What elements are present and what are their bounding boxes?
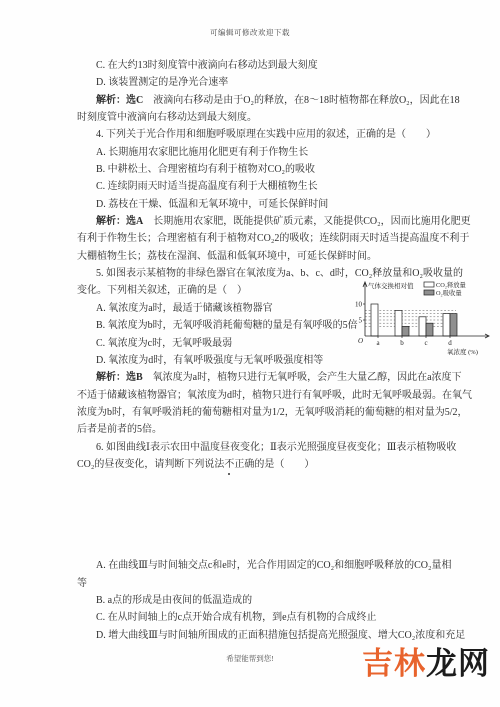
svg-text:O₂吸收量: O₂吸收量 bbox=[436, 288, 462, 297]
q4-analysis-line-2: 有利于作物生长；合理密植有利于植物对CO₂2的吸收；连续阴雨天时适当提高温度不利… bbox=[77, 230, 429, 247]
q4-option-a: A. 长期施用农家肥比施用化肥更有利于作物生长 bbox=[77, 144, 429, 161]
gas-exchange-chart-svg: abcd510O气体交换相对值氧浓度 (%)CO₂释放量O₂吸收量 bbox=[350, 279, 498, 361]
gas-exchange-chart: abcd510O气体交换相对值氧浓度 (%)CO₂释放量O₂吸收量 bbox=[350, 279, 498, 361]
q6-stem-line-1: 6. 如图曲线Ⅰ表示农田中温度昼夜变化；Ⅱ表示光照强度昼夜变化；Ⅲ表示植物吸收 bbox=[77, 439, 429, 456]
q6-option-d: D. 增大曲线Ⅲ与时间轴所围成的正面积措施包括提高光照强度、增大CO₂浓度和充足 bbox=[77, 627, 429, 644]
q3-analysis-line-2: 时刻度管中液滴向右移动达到最大刻度。 bbox=[77, 109, 429, 126]
q4-analysis-text: 长期施用农家肥，既能提供矿质元素，又能提供CO₂，因而比施用化肥更 bbox=[143, 216, 470, 227]
q5-analysis-label: 解析：选B bbox=[96, 372, 143, 383]
q5-analysis-line-3: 浓度为b时，有氧呼吸消耗的葡萄糖相对量为1/2，无氧呼吸消耗的葡萄糖的相对量为5… bbox=[77, 404, 429, 421]
svg-text:5: 5 bbox=[359, 317, 363, 325]
q6-stem-emphasis: 不 bbox=[224, 456, 234, 473]
q3-analysis-label: 解析：选C bbox=[96, 95, 143, 106]
q5-analysis-line-1: 解析：选B 氧浓度为a时，植物只进行无氧呼吸，会产生大量乙醇，因此在a浓度下 bbox=[77, 369, 429, 386]
q4-option-c: C. 连续阴雨天时适当提高温度有利于大棚植物生长 bbox=[77, 178, 429, 195]
q3-option-d: D. 该装置测定的是净光合速率 bbox=[77, 74, 429, 91]
q6-stem-pre: CO₂的昼夜变化，请判断下列说法 bbox=[77, 459, 224, 470]
q6-option-a-line-1: A. 在曲线Ⅲ与时间轴交点c和e时，光合作用固定的CO₂和细胞呼吸释放的CO₂量… bbox=[77, 557, 429, 574]
site-logo: 吉林龙网 bbox=[362, 646, 490, 682]
svg-text:b: b bbox=[400, 339, 404, 347]
svg-text:10: 10 bbox=[355, 301, 363, 309]
q4-analysis-line-1: 解析：选A 长期施用农家肥，既能提供矿质元素，又能提供CO₂，因而比施用化肥更 bbox=[77, 213, 429, 230]
svg-text:气体交换相对值: 气体交换相对值 bbox=[368, 281, 414, 290]
q6-stem-line-2: CO₂的昼夜变化，请判断下列说法不正确的是（ ） bbox=[77, 456, 429, 473]
q5-analysis-line-4: 后者是前者的5倍。 bbox=[77, 421, 429, 438]
q4-option-b: B. 中耕松土、合理密植均有利于植物对CO₂的吸收 bbox=[77, 161, 429, 178]
top-watermark: 可编辑可修改欢迎下载 bbox=[0, 27, 500, 38]
missing-figure-placeholder bbox=[77, 473, 429, 557]
q6-option-c: C. 在从时间轴上的c点开始合成有机物，到e点有机物的合成终止 bbox=[77, 609, 429, 626]
q4-analysis-line-3: 大棚植物生长；荔枝在湿润、低温和低氧环境中，可延长保鲜时间。 bbox=[77, 248, 429, 265]
q5-analysis-line-2: 不适于储藏该植物器官；氧浓度为d时，植物只进行有氧呼吸，此时无氧呼吸最弱。在氧气 bbox=[77, 387, 429, 404]
site-logo-suffix: 龙网 bbox=[426, 646, 490, 681]
document-page: 可编辑可修改欢迎下载 C. 在大约13时刻度管中液滴向右移动达到最大刻度 D. … bbox=[0, 0, 500, 707]
q3-analysis-line-1: 解析：选C 液滴向右移动是由于O₂的释放，在8～18时植物都在释放O₂，因此在1… bbox=[77, 92, 429, 109]
svg-text:d: d bbox=[448, 339, 452, 347]
q3-option-c: C. 在大约13时刻度管中液滴向右移动达到最大刻度 bbox=[77, 57, 429, 74]
q4-stem: 4. 下列关于光合作用和细胞呼吸原理在实践中应用的叙述，正确的是（ ） bbox=[77, 126, 429, 143]
svg-text:c: c bbox=[424, 339, 427, 347]
q6-option-b: B. a点的形成是由夜间的低温造成的 bbox=[77, 592, 429, 609]
svg-text:CO₂释放量: CO₂释放量 bbox=[436, 280, 466, 289]
q4-analysis-label: 解析：选A bbox=[96, 216, 143, 227]
q6-option-a-line-2: 等 bbox=[77, 575, 429, 592]
svg-text:a: a bbox=[376, 339, 380, 347]
svg-text:O: O bbox=[358, 337, 363, 345]
q3-analysis-text: 液滴向右移动是由于O₂的释放，在8～18时植物都在释放O₂，因此在18 bbox=[143, 95, 459, 106]
svg-text:氧浓度 (%): 氧浓度 (%) bbox=[447, 347, 478, 356]
q5-analysis-text: 氧浓度为a时，植物只进行无氧呼吸，会产生大量乙醇，因此在a浓度下 bbox=[143, 372, 462, 383]
q4-option-d: D. 荔枝在干燥、低温和无氧环境中，可延长保鲜时间 bbox=[77, 196, 429, 213]
q6-stem-post: 正确的是（ ） bbox=[234, 459, 314, 470]
site-logo-prefix: 吉林 bbox=[362, 646, 426, 681]
